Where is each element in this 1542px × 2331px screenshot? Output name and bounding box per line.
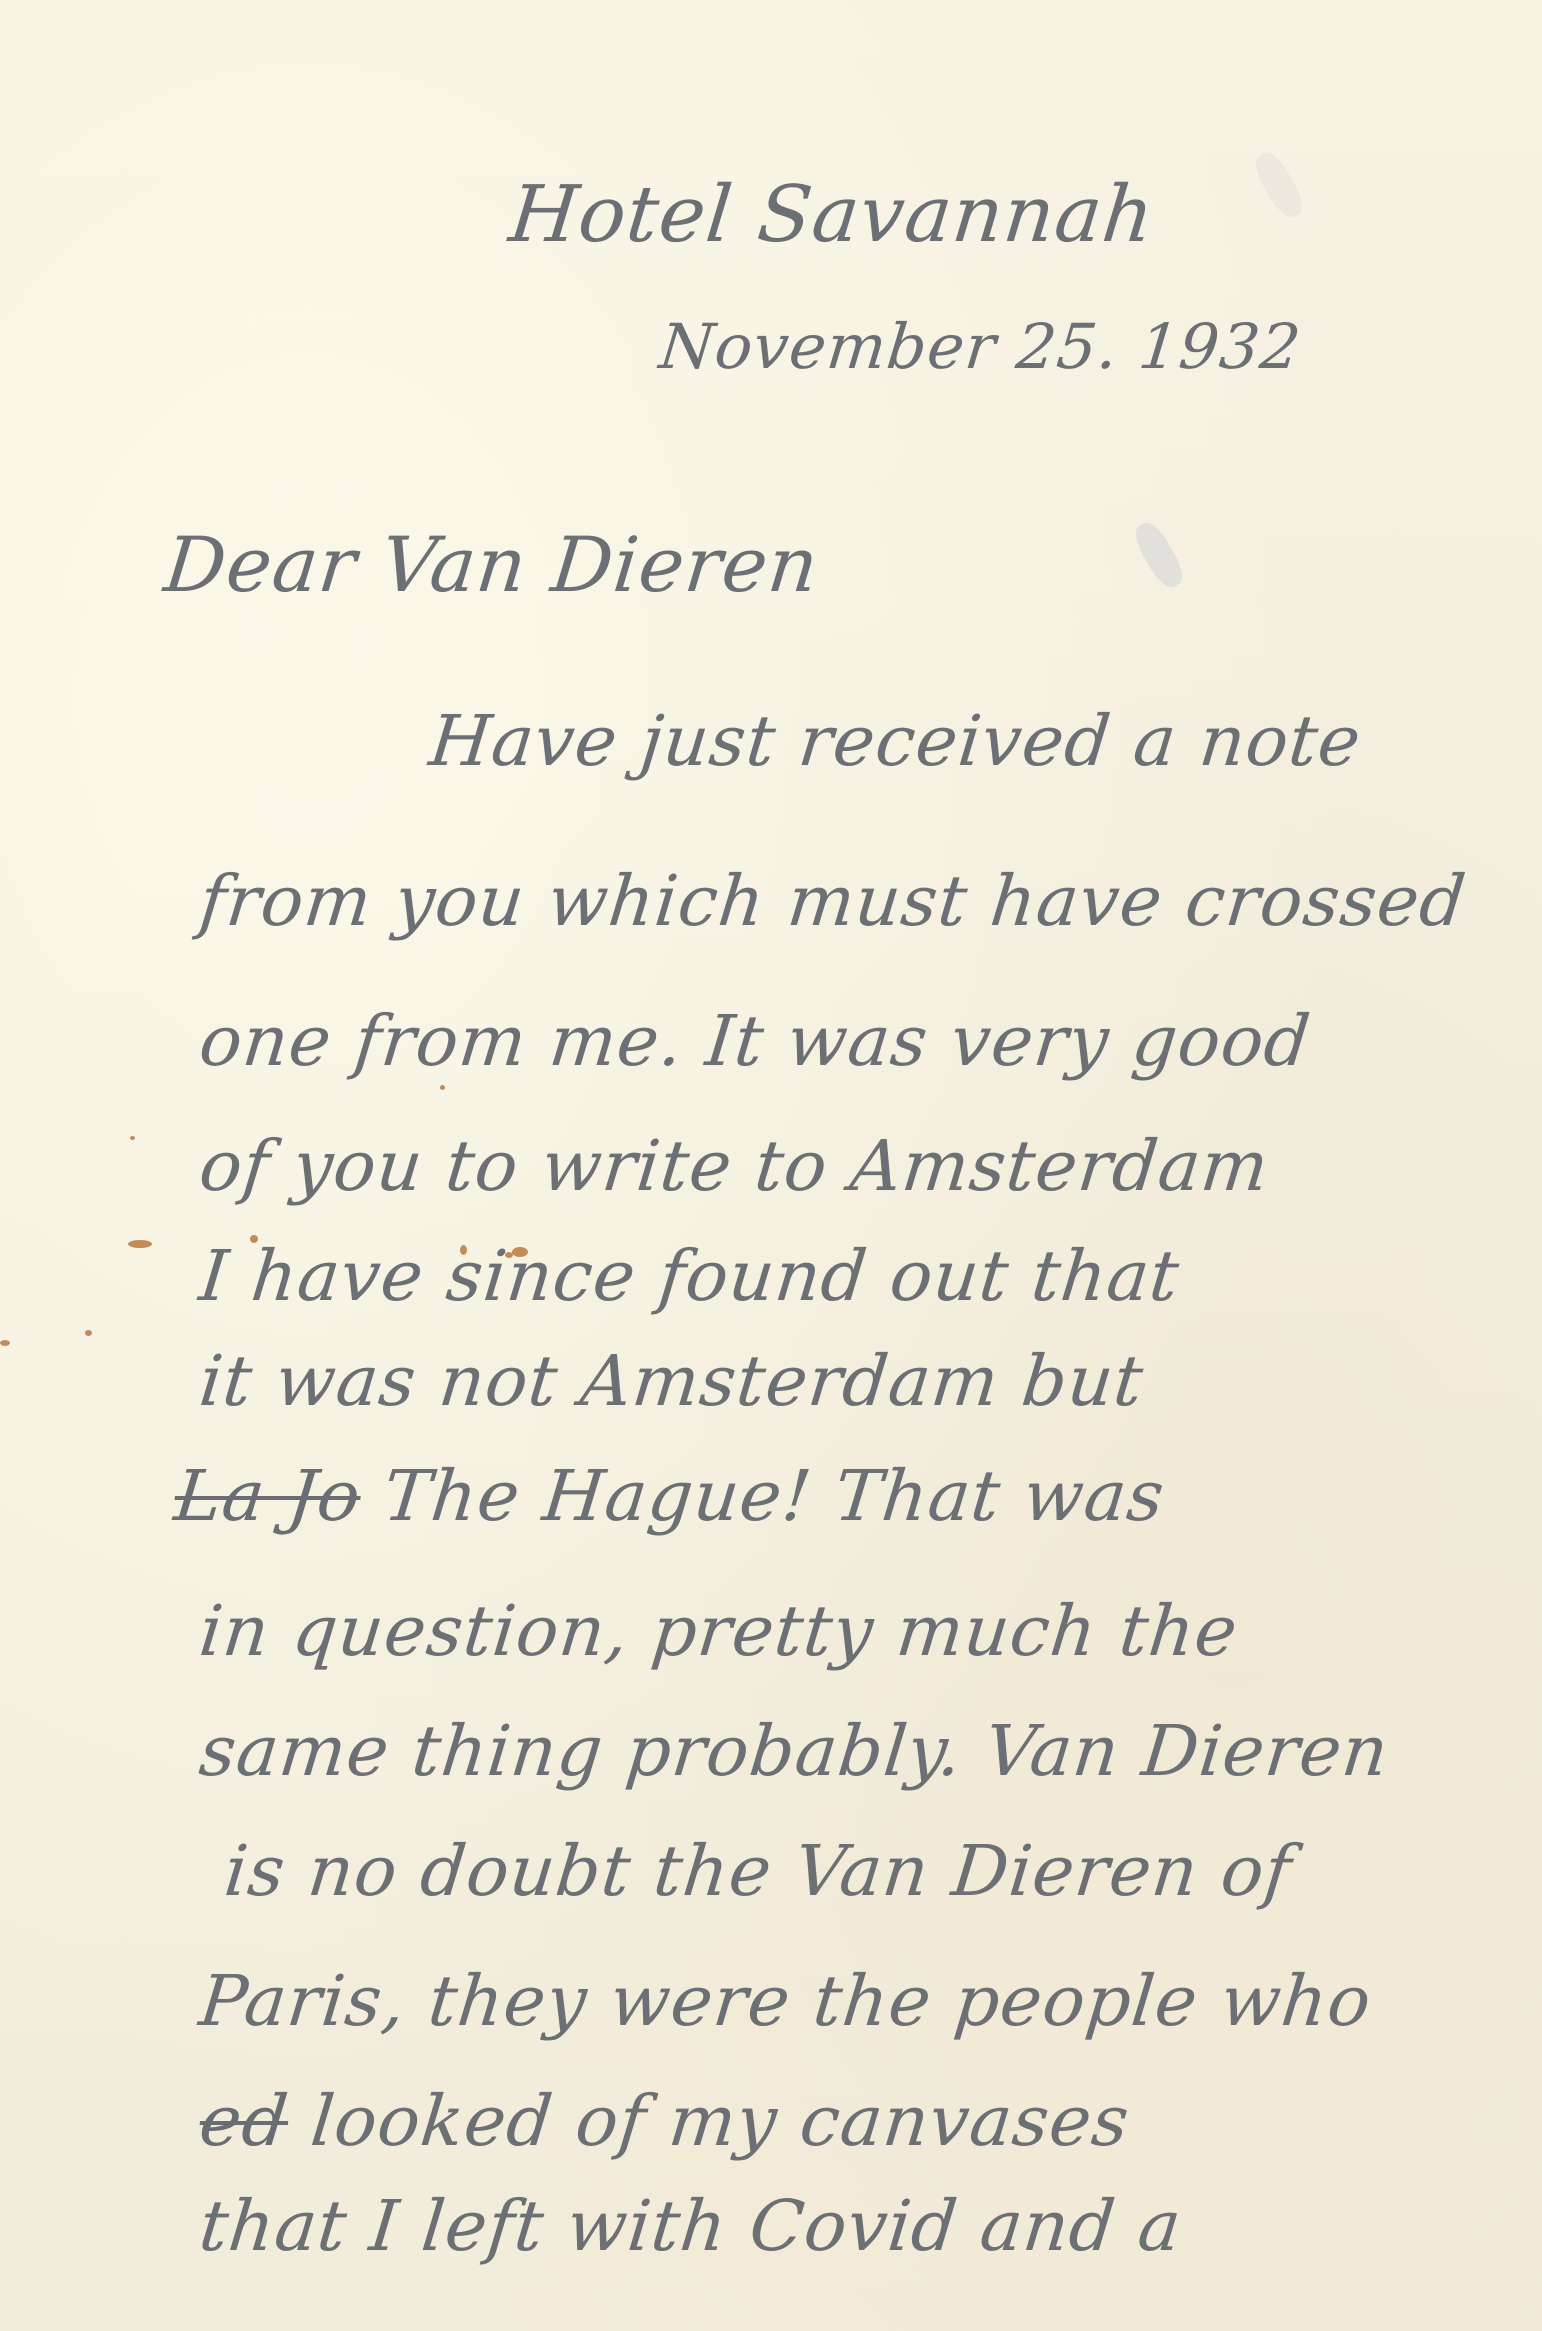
letter-body-line: same thing probably. Van Dieren: [196, 1710, 1393, 1792]
letter-salutation: Dear Van Dieren: [160, 520, 823, 609]
ink-smudge: [1129, 518, 1188, 593]
rust-stain: [0, 1340, 10, 1346]
letter-body-line-with-strike: La Jo The Hague! That was: [171, 1455, 1169, 1537]
letter-body-line: one from me. It was very good: [196, 1000, 1315, 1082]
rust-stain: [85, 1330, 92, 1336]
letter-heading-place: Hotel Savannah: [505, 170, 1158, 260]
letter-body-line: that I left with Covid and a: [196, 2185, 1186, 2267]
letter-body-line: from you which must have crossed: [196, 860, 1470, 942]
letter-body-line: I have since found out that: [196, 1235, 1184, 1317]
ink-smudge: [1249, 148, 1308, 223]
rust-stain: [130, 1136, 135, 1140]
letter-body-line-text: looked of my canvases: [307, 2080, 1133, 2162]
rust-stain: [128, 1240, 152, 1248]
letter-body-line: Paris, they were the people who: [196, 1960, 1376, 2042]
struck-text: ed: [196, 2080, 293, 2162]
rust-stain: [440, 1085, 445, 1090]
letter-paper: Hotel Savannah November 25. 1932 Dear Va…: [0, 0, 1542, 2331]
letter-body-line: of you to write to Amsterdam: [196, 1125, 1273, 1207]
letter-body-line-with-strike: ed looked of my canvases: [196, 2080, 1134, 2162]
struck-text: La Jo: [171, 1455, 365, 1537]
letter-heading-date: November 25. 1932: [656, 310, 1305, 383]
letter-body-line: in question, pretty much the: [196, 1590, 1242, 1672]
letter-body-line: it was not Amsterdam but: [196, 1340, 1148, 1422]
letter-body-line: is no doubt the Van Dieren of: [221, 1830, 1296, 1912]
letter-body-line: Have just received a note: [426, 700, 1365, 782]
letter-body-line-text: The Hague! That was: [380, 1455, 1169, 1537]
